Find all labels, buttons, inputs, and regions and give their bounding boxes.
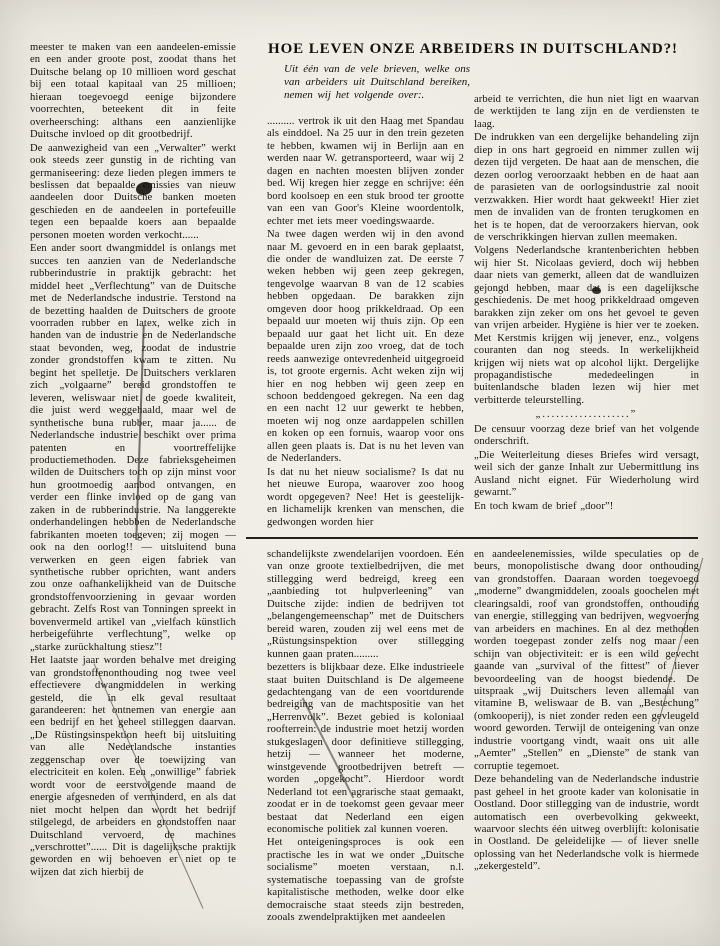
dotted-separator: „...................” <box>474 409 699 421</box>
censor-note-intro: De censuur voorzag deze brief van het vo… <box>474 424 699 449</box>
paragraph: Is dat nu het nieuw socialisme? Is dat n… <box>267 467 464 529</box>
closing-line: En toch kwam de brief „door”! <box>474 501 699 513</box>
letter-intro: Uit één van de vele brieven, welke ons v… <box>284 63 470 102</box>
article-headline: HOE LEVEN ONZE ARBEIDERS IN DUITSCHLAND?… <box>246 41 700 58</box>
paragraph: schandelijkste zwendelarijen voordoen. E… <box>267 549 464 661</box>
bottom-column-right: en aandeelenemissies, wilde speculaties … <box>474 549 699 934</box>
paragraph: bezetters is blijkbaar deze. Elke indust… <box>267 662 464 836</box>
bottom-column-left: schandelijkste zwendelarijen voordoen. E… <box>267 549 464 934</box>
paragraph: Een ander soort dwangmiddel is onlangs m… <box>30 243 236 654</box>
paragraph: en aandeelenemissies, wilde speculaties … <box>474 549 699 773</box>
paragraph: meester te maken van een aandeelen-emiss… <box>30 42 236 142</box>
paragraph: Het laatste jaar worden behalve met drei… <box>30 655 236 879</box>
paragraph: De indrukken van een dergelijke behandel… <box>474 132 699 244</box>
paragraph: Het onteigeningsproces is ook een practi… <box>267 837 464 924</box>
letter-column-right: arbeid te verrichten, die hun niet ligt … <box>474 94 699 535</box>
intro-text: Uit één van de vele brieven, welke ons v… <box>284 63 470 102</box>
paragraph: Deze behandeling van de Nederlandsche in… <box>474 774 699 874</box>
paragraph: Na twee dagen werden wij in den avond na… <box>267 229 464 466</box>
letter-column-left: .......... vertrok ik uit den Haag met S… <box>267 116 464 535</box>
paragraph: .......... vertrok ik uit den Haag met S… <box>267 116 464 228</box>
left-column: meester te maken van een aandeelen-emiss… <box>30 42 236 908</box>
paragraph: arbeid te verrichten, die hun niet ligt … <box>474 94 699 131</box>
censor-note: „Die Weiterleitung dieses Briefes wird v… <box>474 450 699 500</box>
paragraph: De aanwezigheid van een „Verwalter” werk… <box>30 143 236 243</box>
newspaper-page: HOE LEVEN ONZE ARBEIDERS IN DUITSCHLAND?… <box>0 0 720 946</box>
section-divider <box>246 537 698 539</box>
paragraph: Volgens Nederlandsche krantenberichten h… <box>474 245 699 407</box>
